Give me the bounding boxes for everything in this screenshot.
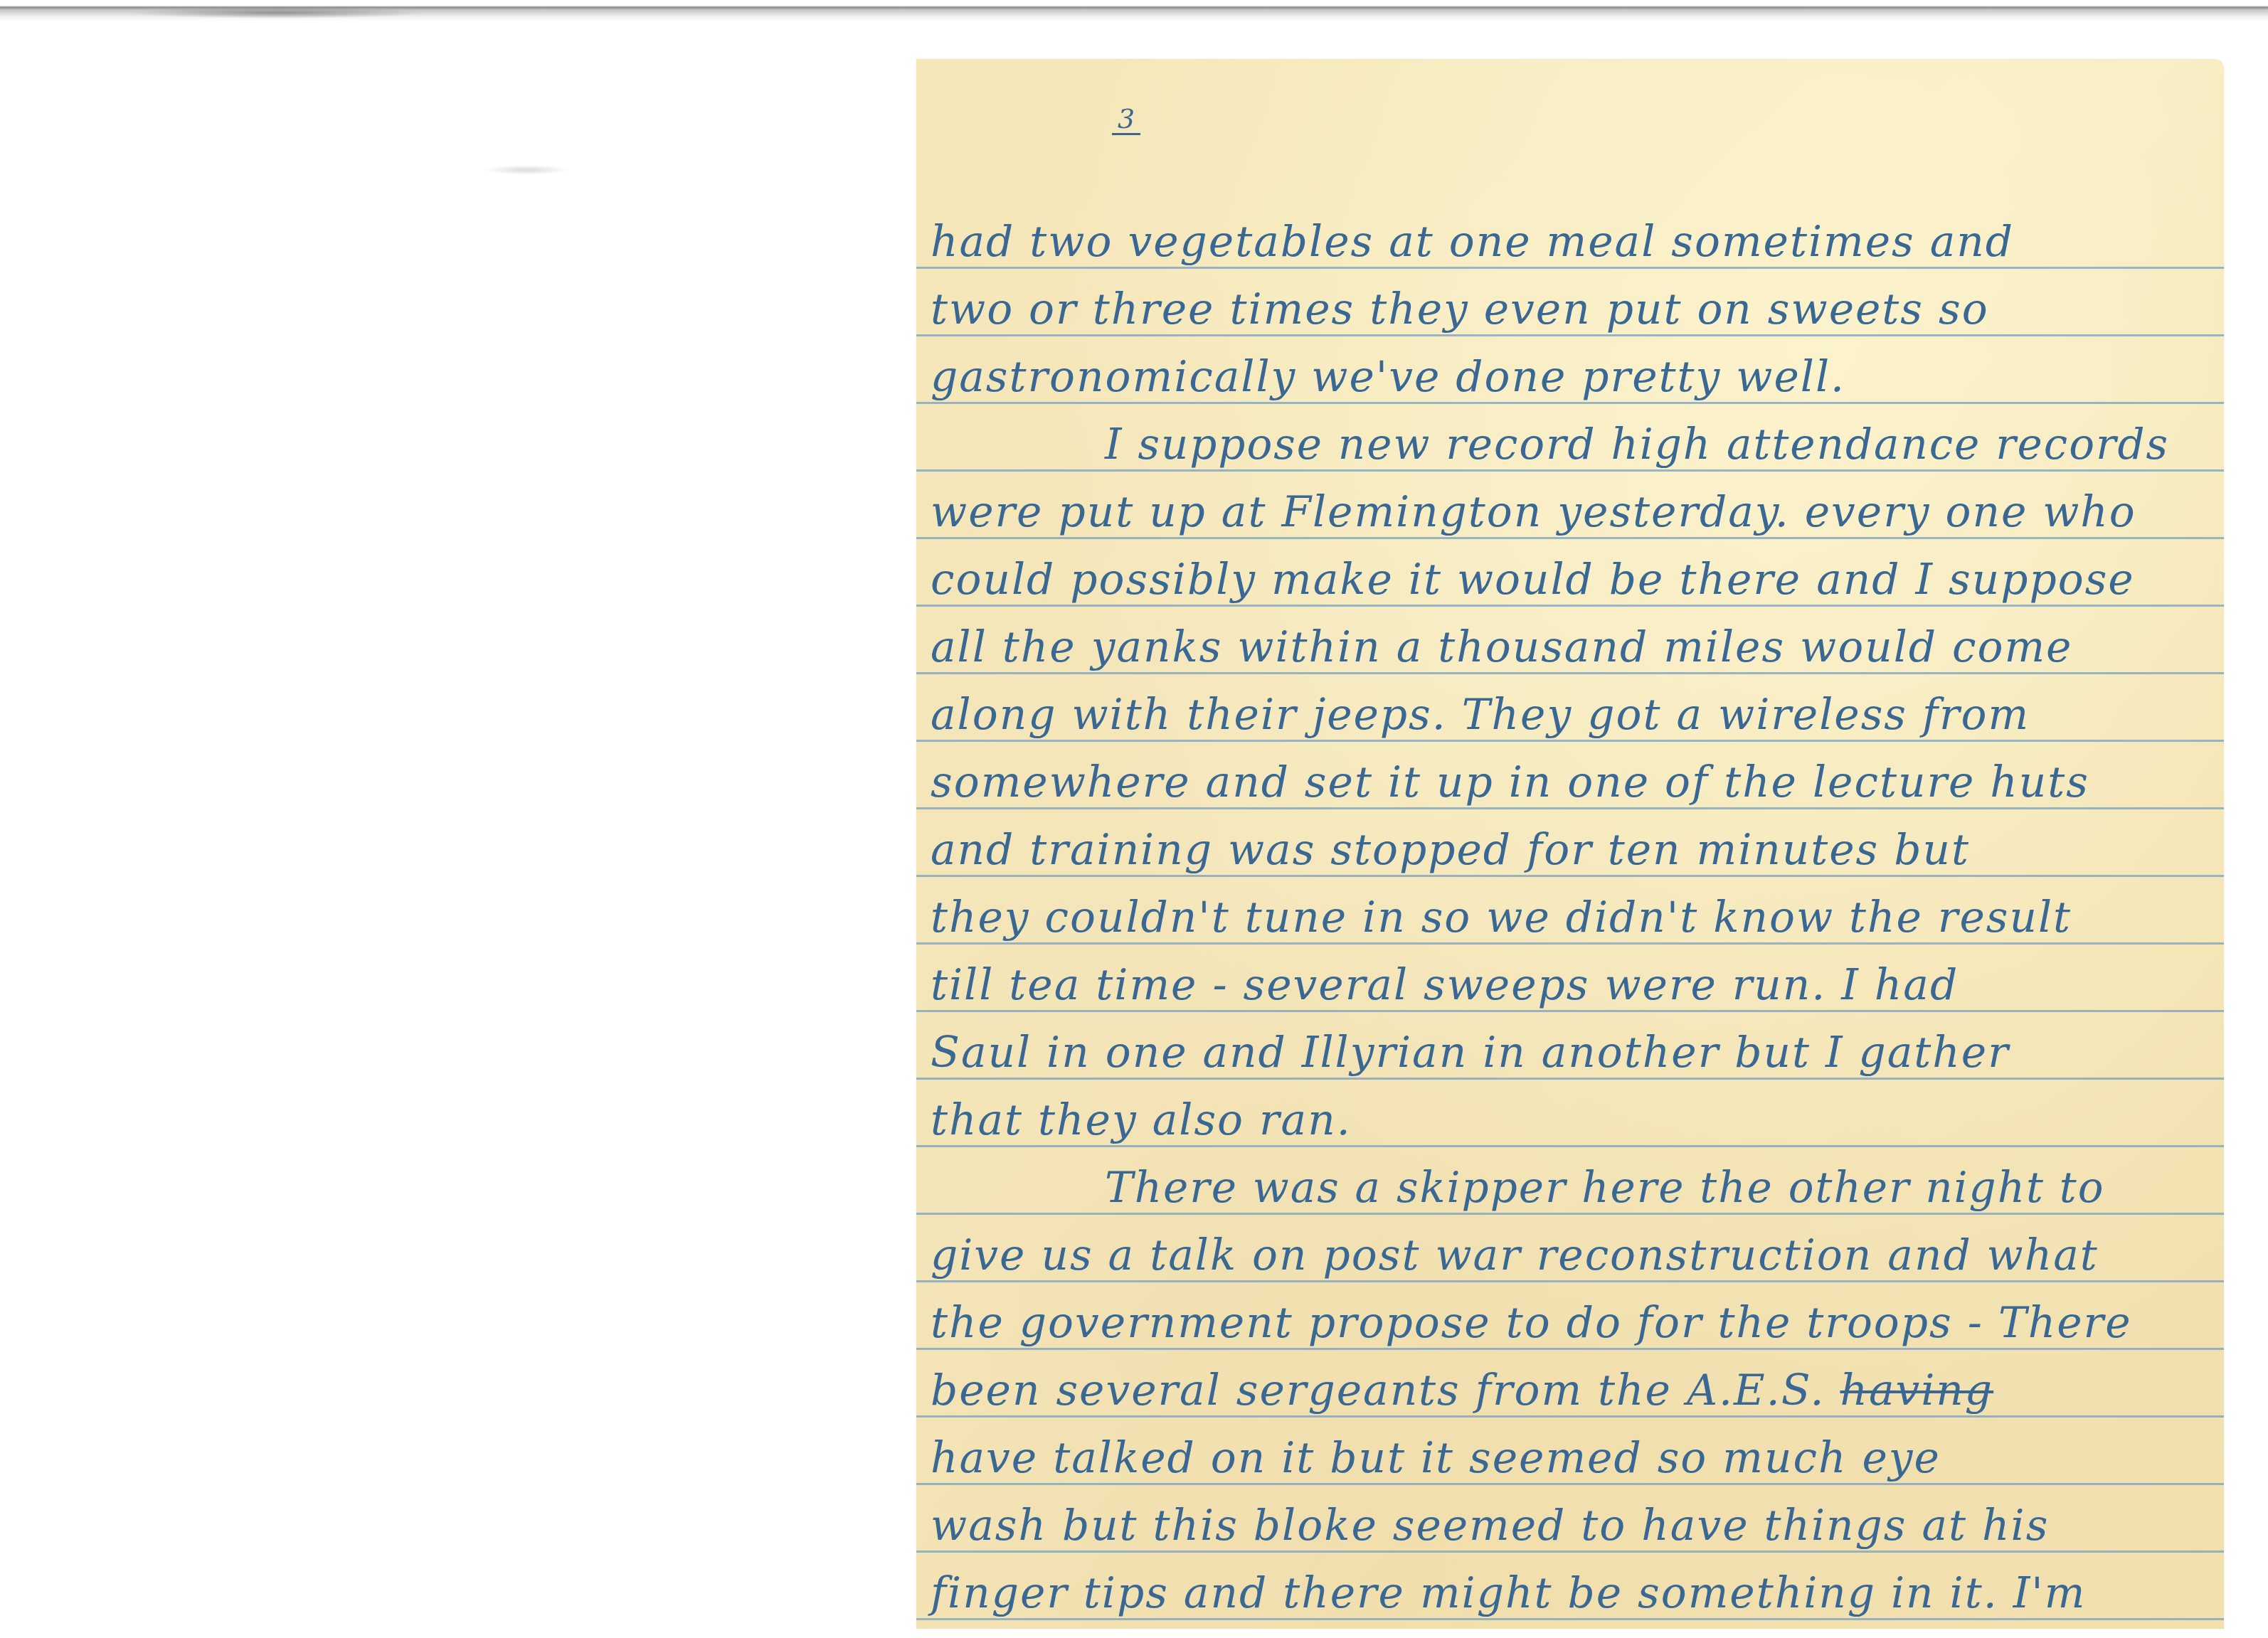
handwritten-line: finger tips and there might be something… (931, 1568, 2198, 1618)
page-number: 3 (1112, 105, 1140, 135)
ruled-line (916, 605, 2224, 607)
handwritten-line: they couldn't tune in so we didn't know … (931, 893, 2198, 942)
handwritten-line: been several sergeants from the A.E.S. h… (931, 1366, 2198, 1415)
handwritten-line: two or three times they even put on swee… (931, 284, 2198, 334)
ruled-line (916, 469, 2224, 472)
handwritten-line: were put up at Flemington yesterday. eve… (931, 487, 2198, 537)
ruled-line (916, 1145, 2224, 1147)
ruled-line (916, 267, 2224, 269)
ruled-line (916, 1010, 2224, 1012)
ruled-line (916, 1078, 2224, 1080)
handwritten-line: could possibly make it would be there an… (931, 555, 2198, 605)
handwritten-line: along with their jeeps. They got a wirel… (931, 690, 2198, 740)
ruled-line (916, 402, 2224, 404)
handwritten-line: Saul in one and Illyrian in another but … (931, 1028, 2198, 1078)
handwritten-line: and training was stopped for ten minutes… (931, 825, 2198, 875)
ruled-line (916, 537, 2224, 539)
letter-page: 3 had two vegetables at one meal sometim… (916, 59, 2224, 1629)
ruled-line (916, 1280, 2224, 1282)
ruled-line (916, 807, 2224, 809)
handwritten-line: all the yanks within a thousand miles wo… (931, 622, 2198, 672)
ruled-line (916, 875, 2224, 877)
ruled-line (916, 942, 2224, 945)
handwritten-line: had two vegetables at one meal sometimes… (931, 217, 2198, 267)
ruled-line (916, 1551, 2224, 1553)
handwritten-line: give us a talk on post war reconstructio… (931, 1230, 2198, 1280)
handwritten-line: gastronomically we've done pretty well. (931, 352, 2198, 402)
ruled-line (916, 1415, 2224, 1418)
ruled-line (916, 672, 2224, 674)
handwritten-line: till tea time - several sweeps were run.… (931, 960, 2198, 1010)
handwritten-line: There was a skipper here the other night… (1105, 1163, 2194, 1213)
handwritten-line: the government propose to do for the tro… (931, 1298, 2198, 1348)
handwritten-line: I suppose new record high attendance rec… (1105, 420, 2194, 469)
handwritten-line: wash but this bloke seemed to have thing… (931, 1501, 2198, 1551)
handwritten-line: that they also ran. (931, 1095, 2198, 1145)
handwritten-line: somewhere and set it up in one of the le… (931, 757, 2198, 807)
ruled-line (916, 1348, 2224, 1350)
ruled-line (916, 1213, 2224, 1215)
scan-smudge (484, 165, 569, 175)
scanner-shadow (0, 0, 2268, 21)
ruled-line (916, 740, 2224, 742)
crossed-out-word: having (1840, 1366, 1993, 1415)
ruled-line (916, 334, 2224, 336)
handwritten-line: have talked on it but it seemed so much … (931, 1433, 2198, 1483)
ruled-line (916, 1618, 2224, 1620)
ruled-line (916, 1483, 2224, 1485)
